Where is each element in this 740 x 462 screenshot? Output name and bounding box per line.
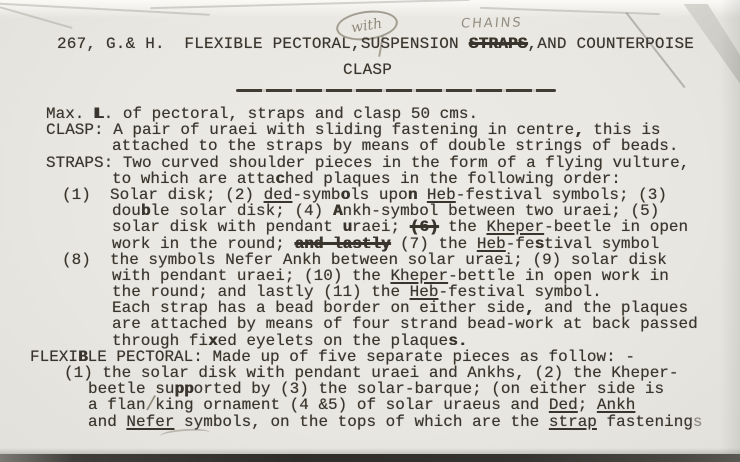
text-segment: strap — [549, 413, 597, 431]
text-segment: STRAPS — [469, 35, 528, 53]
typed-line: (1) Solar disk; (2) ded-symbols upon Heb… — [0, 187, 740, 203]
typed-line: attached to the straps by means of doubl… — [0, 138, 740, 154]
typed-line: and Nefer symbols, on the tops of which … — [0, 414, 740, 430]
document-title-line: 267, G.& H. FLEXIBLE PECTORAL,SUSPENSION… — [57, 35, 694, 53]
typed-line: Max. L. of pectoral, straps and clasp 50… — [0, 106, 740, 122]
text-segment: ,AND COUNTERPOISE — [527, 35, 694, 53]
typed-line: STRAPS: Two curved shoulder pieces in th… — [0, 155, 740, 171]
document-title-clasp: CLASP — [343, 61, 392, 79]
typed-line: Each strap has a bead border on either s… — [0, 300, 740, 316]
scanned-typewritten-page: with CHAINS 267, G.& H. FLEXIBLE PECTORA… — [0, 0, 740, 462]
typed-line: (8) the symbols Nefer Ankh between solar… — [0, 252, 740, 268]
typed-line: to which are attached plaques in the fol… — [0, 171, 740, 187]
text-segment: 267, G.& H. FLEXIBLE PECTORAL,SUSPENSION — [57, 35, 469, 53]
typed-line: CLASP: A pair of uraei with sliding fast… — [0, 122, 740, 138]
typed-underline-rule — [236, 89, 556, 92]
typed-line: a flan/king ornament (4 &5) of solar ura… — [0, 397, 740, 413]
typed-line: (1) the solar disk with pendant uraei an… — [0, 365, 740, 381]
handwritten-with-label: with — [350, 15, 383, 36]
typed-line: beetle supported by (3) the solar-barque… — [0, 381, 740, 397]
text-segment: / — [145, 395, 157, 417]
text-segment: fastening — [597, 413, 693, 431]
typed-line: work in the round; and lastly (7) the He… — [0, 236, 740, 252]
scan-bottom-strip — [0, 454, 740, 462]
typed-line: with pendant uraei; (10) the Kheper-bett… — [0, 268, 740, 284]
typed-line: solar disk with pendant uraei; (6) the K… — [0, 219, 740, 235]
typed-body-text: Max. L. of pectoral, straps and clasp 50… — [0, 106, 740, 430]
text-segment: symbols, on the tops of which are the — [174, 413, 548, 431]
typed-line: double solar disk; (4) Ankh-symbol betwe… — [0, 203, 740, 219]
text-segment: s — [693, 413, 703, 431]
typed-line: FLEXIBLE PECTORAL: Made up of five separ… — [0, 349, 740, 365]
typed-line: through fixed eyelets on the plaques. — [0, 333, 740, 349]
typed-line: the round; and lastly (11) the Heb-festi… — [0, 284, 740, 300]
typed-line: are attached by means of four strand bea… — [0, 316, 740, 332]
handwritten-chains-annotation: CHAINS — [460, 15, 523, 31]
text-segment: and — [88, 413, 126, 431]
